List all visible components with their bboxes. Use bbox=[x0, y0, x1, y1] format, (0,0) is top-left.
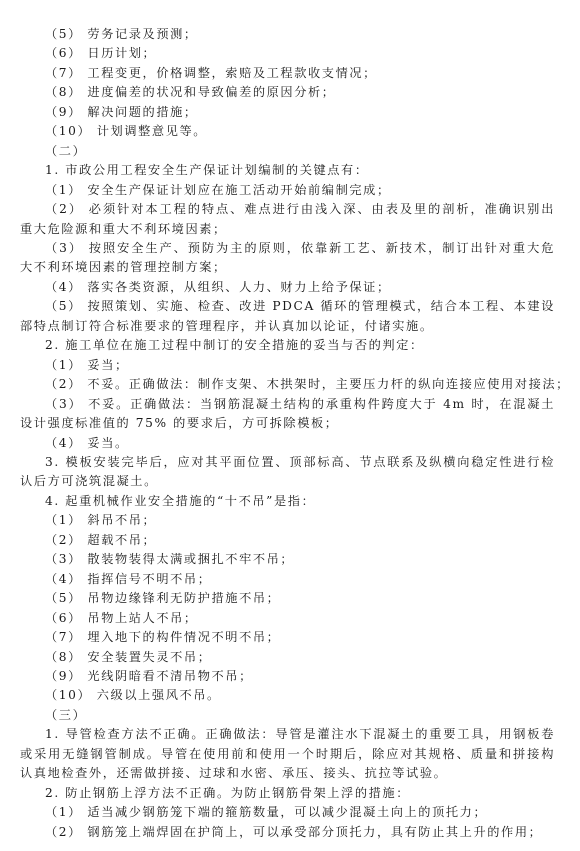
text-line: （8） 安全装置失灵不吊； bbox=[0, 648, 580, 667]
text-line: （4） 妥当。 bbox=[0, 434, 580, 453]
text-line: 认后方可浇筑混凝土。 bbox=[0, 472, 580, 491]
text-line: （2） 必须针对本工程的特点、难点进行由浅入深、由表及里的剖析，准确识别出本工程… bbox=[0, 200, 555, 219]
text-line: （5） 劳务记录及预测； bbox=[0, 25, 580, 44]
text-line: （2） 钢筋笼上端焊固在护筒上，可以承受部分顶托力，具有防止其上升的作用； bbox=[0, 823, 580, 842]
text-line: 认真地检查外，还需做拼接、过球和水密、承压、接头、抗拉等试验。 bbox=[0, 764, 580, 783]
text-line: 1. 市政公用工程安全生产保证计划编制的关键点有： bbox=[0, 161, 580, 180]
text-line: （1） 安全生产保证计划应在施工活动开始前编制完成； bbox=[0, 181, 580, 200]
text-line: （9） 光线阴暗看不清吊物不吊； bbox=[0, 667, 580, 686]
text-line: （4） 落实各类资源，从组织、人力、财力上给予保证； bbox=[0, 278, 580, 297]
text-line: （2） 超载不吊； bbox=[0, 531, 580, 550]
text-line: （3） 不妥。正确做法：当钢筋混凝土结构的承重构件跨度大于 4m 时，在混凝土强… bbox=[0, 395, 555, 414]
text-line: （1） 妥当； bbox=[0, 356, 580, 375]
text-line: 设计强度标准值的 75% 的要求后，方可拆除模板； bbox=[0, 414, 580, 433]
document-page: （5） 劳务记录及预测；（6） 日历计划；（7） 工程变更，价格调整，索赔及工程… bbox=[0, 25, 580, 842]
text-line: 或采用无缝钢管制成。导管在使用前和使用一个时期后，除应对其规格、质量和拼接构造进… bbox=[0, 745, 555, 764]
text-line: 4. 起重机械作业安全措施的“十不吊”是指： bbox=[0, 492, 580, 511]
text-line: （1） 斜吊不吊； bbox=[0, 511, 580, 530]
text-line: （3） 按照安全生产、预防为主的原则，依靠新工艺、新技术，制订出针对重大危险源和… bbox=[0, 239, 555, 258]
text-line: （6） 吊物上站人不吊； bbox=[0, 609, 580, 628]
text-line: （7） 埋入地下的构件情况不明不吊； bbox=[0, 628, 580, 647]
text-line: （4） 指挥信号不明不吊； bbox=[0, 570, 580, 589]
text-line: 重大危险源和重大不利环境因素； bbox=[0, 220, 580, 239]
text-line: 2. 施工单位在施工过程中制订的安全措施的妥当与否的判定： bbox=[0, 336, 580, 355]
text-line: （1） 适当减少钢筋笼下端的箍筋数量，可以减少混凝土向上的顶托力； bbox=[0, 803, 580, 822]
text-line: （9） 解决问题的措施； bbox=[0, 103, 580, 122]
text-line: 大不利环境因素的管理控制方案； bbox=[0, 258, 580, 277]
text-line: （6） 日历计划； bbox=[0, 44, 580, 63]
text-line: （5） 吊物边缘锋利无防护措施不吊； bbox=[0, 589, 580, 608]
text-line: 2. 防止钢筋上浮方法不正确。为防止钢筋骨架上浮的措施： bbox=[0, 784, 580, 803]
text-line: 1. 导管检查方法不正确。正确做法：导管是灌注水下混凝土的重要工具，用钢板卷制焊… bbox=[0, 725, 555, 744]
text-line: 部特点制订符合标准要求的管理程序，并认真加以论证，付诸实施。 bbox=[0, 317, 580, 336]
text-line: （8） 进度偏差的状况和导致偏差的原因分析； bbox=[0, 83, 580, 102]
text-line: （2） 不妥。正确做法：制作支架、木拱架时，主要压力杆的纵向连接应使用对接法； bbox=[0, 375, 580, 394]
text-line: 3. 模板安装完毕后，应对其平面位置、顶部标高、节点联系及纵横向稳定性进行检查，… bbox=[0, 453, 555, 472]
text-line: （3） 散装物装得太满或捆扎不牢不吊； bbox=[0, 550, 580, 569]
text-line: （二） bbox=[0, 142, 580, 161]
text-line: （三） bbox=[0, 706, 580, 725]
text-line: （10） 计划调整意见等。 bbox=[0, 122, 580, 141]
text-line: （10） 六级以上强风不吊。 bbox=[0, 686, 580, 705]
text-line: （5） 按照策划、实施、检查、改进 PDCA 循环的管理模式，结合本工程、本建设… bbox=[0, 297, 555, 316]
text-line: （7） 工程变更，价格调整，索赔及工程款收支情况； bbox=[0, 64, 580, 83]
